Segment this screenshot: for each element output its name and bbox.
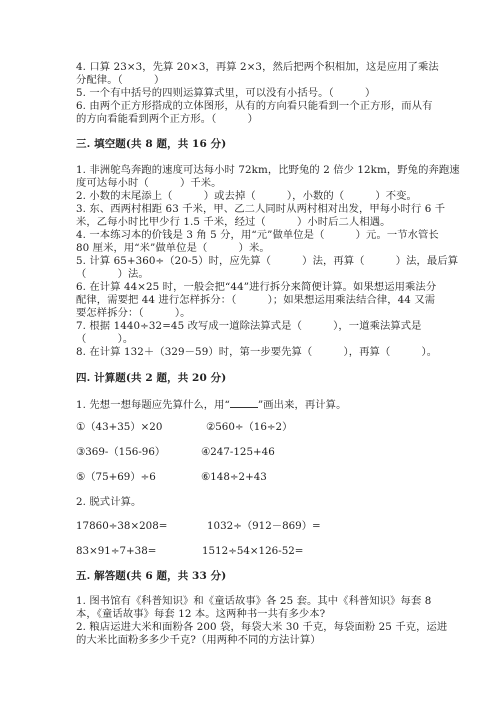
expression: ②560÷（16÷2） — [206, 421, 292, 434]
question-text: 4. 一本练习本的价钱是 3 角 5 分，用“元”做单位是（ ）元。一节水管长 — [76, 229, 439, 242]
question-text: （ ）。 — [76, 333, 133, 346]
expression: 1512÷54×126-52= — [202, 545, 303, 558]
question-text: 要怎样拆分：（ ）。 — [76, 307, 190, 320]
prompt-text-before: 1. 先想一想每题应先算什么，用“ — [76, 399, 230, 411]
expression: ④247-125+46 — [201, 446, 275, 459]
question-text: 80 厘米，用“米”做单位是（ ）米。 — [76, 242, 270, 255]
question-text: 度可达每小时（ ）千米。 — [76, 177, 222, 190]
question-text: 5. 一个有中括号的四则运算算式里，可以没有小括号。（ ） — [76, 87, 375, 100]
expression: ⑤（75+69）÷6 — [76, 471, 156, 484]
question-text: 4. 口算 23×3，先算 20×3，再算 2×3，然后把两个积相加，这是应用了… — [76, 61, 439, 74]
expression: 1032÷（912－869）= — [207, 520, 321, 533]
expression: ⑥148÷2+43 — [201, 471, 267, 484]
question-text: 3. 东、西两村相距 63 千米，甲、乙二人同时从两村相对出发，甲每小时行 6 … — [76, 203, 445, 216]
question-text: （ ）法。 — [76, 268, 149, 281]
question-text: 配律，需要把 44 进行怎样拆分：（ ）；如果想运用乘法结合律，44 又需 — [76, 294, 435, 307]
question-text: 的大米比面粉多多少千克?（用两种不同的方法计算） — [76, 634, 321, 647]
question-text: 6. 在计算 44×25 时，一般会把“44”进行拆分来简便计算。如果想运用乘法… — [76, 281, 436, 294]
question-text: 1. 非洲鸵鸟奔跑的速度可达每小时 72km，比野兔的 2 倍少 12km，野兔… — [76, 164, 460, 177]
question-text: 1. 图书馆有《科普知识》和《童话故事》各 25 套。其中《科普知识》每套 8 — [76, 595, 431, 608]
section-heading-fill: 三. 填空题(共 8 题，共 16 分) — [76, 138, 226, 151]
question-text: 的方向看能看到两个正方形。（ ） — [76, 113, 258, 126]
section-heading-answer: 五. 解答题(共 6 题，共 33 分) — [76, 570, 226, 583]
question-text: 6. 由两个正方形搭成的立体图形，从有的方向看只能看到一个正方形，而从有 — [76, 100, 433, 113]
question-text: 2. 小数的末尾添上（ ）或去掉（ ），小数的（ ）不变。 — [76, 190, 417, 203]
expression: 17860÷38×208= — [76, 520, 167, 533]
question-text: 2. 粮店运进大米和面粉各 200 袋，每袋大米 30 千克，每袋面粉 25 千… — [76, 621, 447, 634]
underline-mark — [230, 398, 258, 408]
expression: 83×91÷7+38= — [76, 545, 156, 558]
question-text: 5. 计算 65+360÷（20-5）时，应先算（ ）法，再算（ ）法，最后算 — [76, 255, 458, 268]
question-text: 分配律。（ ） — [76, 74, 164, 87]
question-text: 8. 在计算 132＋（329－59）时，第一步要先算（ ），再算（ ）。 — [76, 346, 437, 359]
calc-question-1-prompt: 1. 先想一想每题应先算什么，用“”画出来，再计算。 — [76, 398, 346, 412]
calc-question-2-prompt: 2. 脱式计算。 — [76, 496, 141, 509]
expression: ①（43+35）×20 — [76, 421, 162, 434]
question-text: 米，乙每小时比甲少行 1.5 千米，经过（ ）小时后二人相遇。 — [76, 216, 391, 229]
expression: ③369-（156-96） — [76, 446, 165, 459]
question-text: 7. 根据 1440÷32=45 改写成一道除法算式是（ ），一道乘法算式是 — [76, 320, 422, 333]
question-text: 本，《童话故事》每套 12 本。这两种书一共有多少本? — [76, 608, 325, 621]
section-heading-calc: 四. 计算题(共 2 题，共 20 分) — [76, 372, 226, 385]
prompt-text-after: ”画出来，再计算。 — [258, 399, 347, 411]
